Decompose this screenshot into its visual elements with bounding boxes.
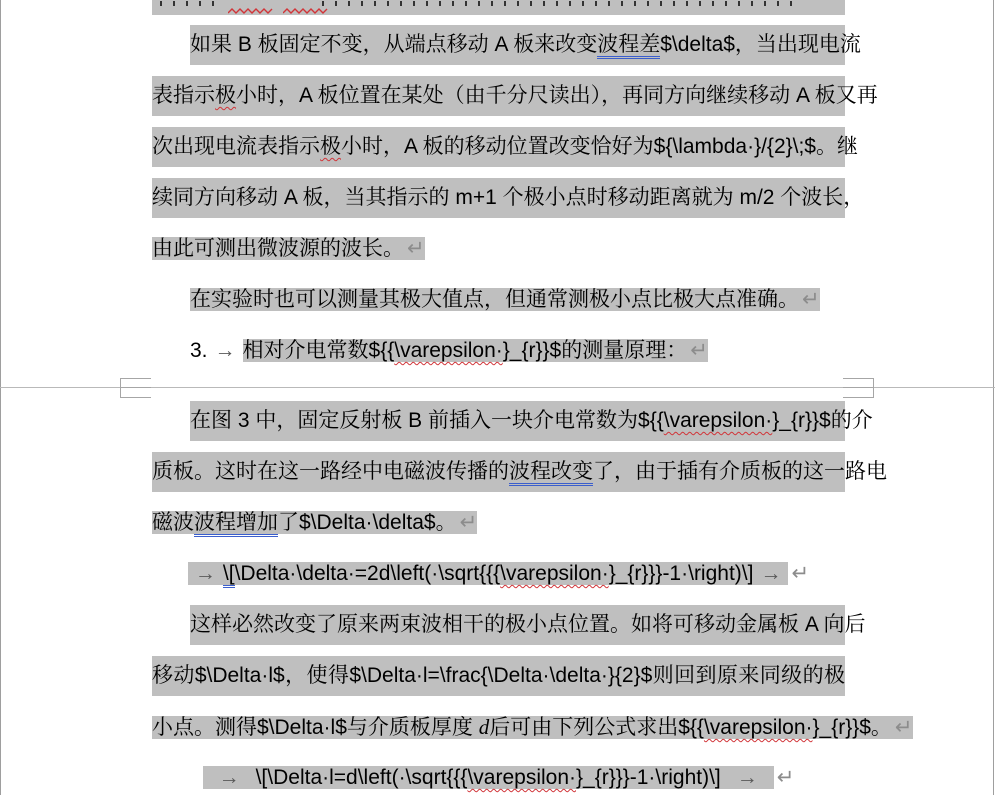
text-line[interactable]: 质板。这时在这一路经中电磁波传播的波程改变了，由于插有介质板的这一路电 <box>152 452 845 492</box>
selected-text[interactable]: 小点。测得$\Delta·l$与介质板厚度 d后可由下列公式求出${{\vare… <box>152 716 913 739</box>
text-run: 表指示 <box>152 84 215 107</box>
spellcheck-underlined-text: \varepsilon· <box>467 766 576 789</box>
page-break-marker-mid <box>121 387 151 388</box>
selected-text[interactable]: 次出现电流表指示极小时，A 板的移动位置改变恰好为${\lambda·}/{2}… <box>152 127 845 167</box>
formula-line[interactable]: →\[\Delta·l=d\left(·\sqrt{{{\varepsilon·… <box>152 758 845 795</box>
text-run: 次出现电流表指示 <box>152 135 320 158</box>
text-line[interactable]: 如果 B 板固定不变，从端点移动 A 板来改变波程差$\delta$，当出现电流 <box>190 25 845 65</box>
selected-text[interactable]: →\[\Delta·l=d\left(·\sqrt{{{\varepsilon·… <box>203 766 774 789</box>
tab-mark: → <box>753 562 788 585</box>
selected-text[interactable]: 续同方向移动 A 板，当其指示的 m+1 个极小点时移动距离就为 m/2 个波长… <box>152 178 845 218</box>
text-run: 了$\Delta·\delta$。 <box>278 511 457 534</box>
tab-mark: → <box>721 766 774 789</box>
text-run: 小时，A 板位置在某处（由千分尺读出），再同方向继续移动 A 板又再 <box>236 84 878 107</box>
paragraph-mark: ↵ <box>799 288 820 311</box>
text-run: 移动$\Delta·l$，使得$\Delta·l=\frac{\Delta·\d… <box>152 664 845 687</box>
text-run: 质板。这时在这一路经中电磁波传播的 <box>152 460 509 483</box>
tab-mark: → <box>203 766 256 789</box>
text-run: 小点。测得$\Delta·l$与介质板厚度 <box>152 716 479 739</box>
text-line[interactable]: 移动$\Delta·l$，使得$\Delta·l=\frac{\Delta·\d… <box>152 656 845 696</box>
list-number: 3. <box>190 339 208 362</box>
selected-text[interactable]: 表指示极小时，A 板位置在某处（由千分尺读出），再同方向继续移动 A 板又再 <box>152 76 845 116</box>
text-run: 如果 B 板固定不变，从端点移动 A 板来改变 <box>190 33 597 56</box>
tab-mark: → <box>208 339 243 362</box>
text-run: 了，由于插有介质板的这一路电 <box>593 460 887 483</box>
spellcheck-underlined-text: 极 <box>320 135 341 158</box>
spellcheck-wavy-underline <box>283 8 329 14</box>
text-line[interactable]: 由此可测出微波源的波长。↵ <box>152 229 425 269</box>
page-left-edge <box>0 0 1 795</box>
italic-variable: d <box>479 715 490 739</box>
text-line[interactable]: 在实验时也可以测量其极大值点，但通常测极小点比极大点准确。↵ <box>190 280 820 320</box>
text-line[interactable]: 3.→相对介电常数${{\varepsilon·}_{r}}$的测量原理：↵ <box>190 331 708 371</box>
spellcheck-underlined-text: \varepsilon· <box>664 409 773 432</box>
text-line[interactable]: 在图 3 中，固定反射板 B 前插入一块介电常数为${{\varepsilon·… <box>190 401 845 441</box>
selected-text[interactable]: 相对介电常数${{\varepsilon·}_{r}}$的测量原理：↵ <box>243 339 708 362</box>
page-break-marker-mid <box>843 387 873 388</box>
page-right-edge <box>993 0 994 795</box>
grammar-underlined-text: \[ <box>223 562 235 588</box>
grammar-underlined-text: 波程差 <box>597 33 660 59</box>
text-run: $\delta$，当出现电流 <box>660 33 861 56</box>
text-line[interactable]: 磁波波程增加了$\Delta·\delta$。↵ <box>152 503 477 543</box>
text-run: }_{r}}$的测量原理： <box>503 339 687 362</box>
text-line[interactable]: 这样必然改变了原来两束波相干的极小点位置。如将可移动金属板 A 向后 <box>190 605 845 645</box>
page-break-marker-left[interactable] <box>120 378 151 398</box>
text-run: }_{r}}}-1·\right)\] <box>609 562 754 585</box>
selected-text[interactable]: 这样必然改变了原来两束波相干的极小点位置。如将可移动金属板 A 向后 <box>190 605 845 645</box>
clipped-text-fragments <box>160 1 220 6</box>
selected-text[interactable]: 移动$\Delta·l$，使得$\Delta·l=\frac{\Delta·\d… <box>152 656 845 696</box>
selected-text[interactable]: 在实验时也可以测量其极大值点，但通常测极小点比极大点准确。↵ <box>190 288 820 311</box>
text-run: 相对介电常数${{ <box>243 339 395 362</box>
text-run: }_{r}}$的介 <box>772 409 872 432</box>
spellcheck-underlined-text: \varepsilon· <box>704 716 813 739</box>
grammar-underlined-text: 波程改变 <box>509 460 593 486</box>
text-line[interactable]: 次出现电流表指示极小时，A 板的移动位置改变恰好为${\lambda·}/{2}… <box>152 127 845 167</box>
selected-text[interactable]: 质板。这时在这一路经中电磁波传播的波程改变了，由于插有介质板的这一路电 <box>152 452 845 492</box>
page-break-marker-right[interactable] <box>843 378 874 398</box>
spellcheck-underlined-text: \varepsilon· <box>394 339 503 362</box>
text-run: 后可由下列公式求出${{ <box>489 716 704 739</box>
spellcheck-underlined-text: 极 <box>215 84 236 107</box>
text-run: 在图 3 中，固定反射板 B 前插入一块介电常数为${{ <box>190 409 664 432</box>
text-run: 续同方向移动 A 板，当其指示的 m+1 个极小点时移动距离就为 m/2 个波长… <box>152 186 864 209</box>
paragraph-mark: ↵ <box>687 339 708 362</box>
text-line[interactable]: 续同方向移动 A 板，当其指示的 m+1 个极小点时移动距离就为 m/2 个波长… <box>152 178 845 218</box>
text-run: }_{r}}$。 <box>813 716 892 739</box>
clipped-text-line[interactable] <box>152 0 845 15</box>
paragraph-mark: ↵ <box>457 511 478 534</box>
grammar-underlined-text: 波程增加 <box>194 511 278 537</box>
spellcheck-wavy-underline <box>228 8 274 14</box>
text-run: 这样必然改变了原来两束波相干的极小点位置。如将可移动金属板 A 向后 <box>190 613 866 636</box>
text-run: 小时，A 板的移动位置改变恰好为${\lambda·}/{2}\;$。继 <box>341 135 858 158</box>
paragraph-mark: ↵ <box>788 562 809 585</box>
selected-text[interactable]: 如果 B 板固定不变，从端点移动 A 板来改变波程差$\delta$，当出现电流 <box>190 25 845 65</box>
text-run: 在实验时也可以测量其极大值点，但通常测极小点比极大点准确。 <box>190 288 799 311</box>
text-run: }_{r}}}-1·\right)\] <box>576 766 721 789</box>
text-run: \Delta·\delta·=2d\left(·\sqrt{{{ <box>235 562 501 585</box>
spellcheck-underlined-text: \varepsilon· <box>500 562 609 585</box>
text-line[interactable]: 表指示极小时，A 板位置在某处（由千分尺读出），再同方向继续移动 A 板又再 <box>152 76 845 116</box>
paragraph-mark: ↵ <box>892 716 913 739</box>
selected-text[interactable]: 由此可测出微波源的波长。↵ <box>152 237 425 260</box>
paragraph-mark: ↵ <box>774 766 795 789</box>
selected-text[interactable]: →\[\Delta·\delta·=2d\left(·\sqrt{{{\vare… <box>188 562 789 585</box>
text-line[interactable]: 小点。测得$\Delta·l$与介质板厚度 d后可由下列公式求出${{\vare… <box>152 707 913 747</box>
formula-line[interactable]: →\[\Delta·\delta·=2d\left(·\sqrt{{{\vare… <box>152 554 845 594</box>
selected-text[interactable]: 磁波波程增加了$\Delta·\delta$。↵ <box>152 511 477 534</box>
text-run: \[\Delta·l=d\left(·\sqrt{{{ <box>256 766 468 789</box>
text-run: 由此可测出微波源的波长。 <box>152 237 404 260</box>
word-document-canvas[interactable]: { "app": {"kind": "word-processor-page-v… <box>0 0 995 795</box>
selected-text[interactable]: 在图 3 中，固定反射板 B 前插入一块介电常数为${{\varepsilon·… <box>190 401 845 441</box>
clipped-text-fragments <box>322 1 802 6</box>
tab-mark: → <box>188 562 223 585</box>
text-run: 磁波 <box>152 511 194 534</box>
paragraph-mark: ↵ <box>404 237 425 260</box>
